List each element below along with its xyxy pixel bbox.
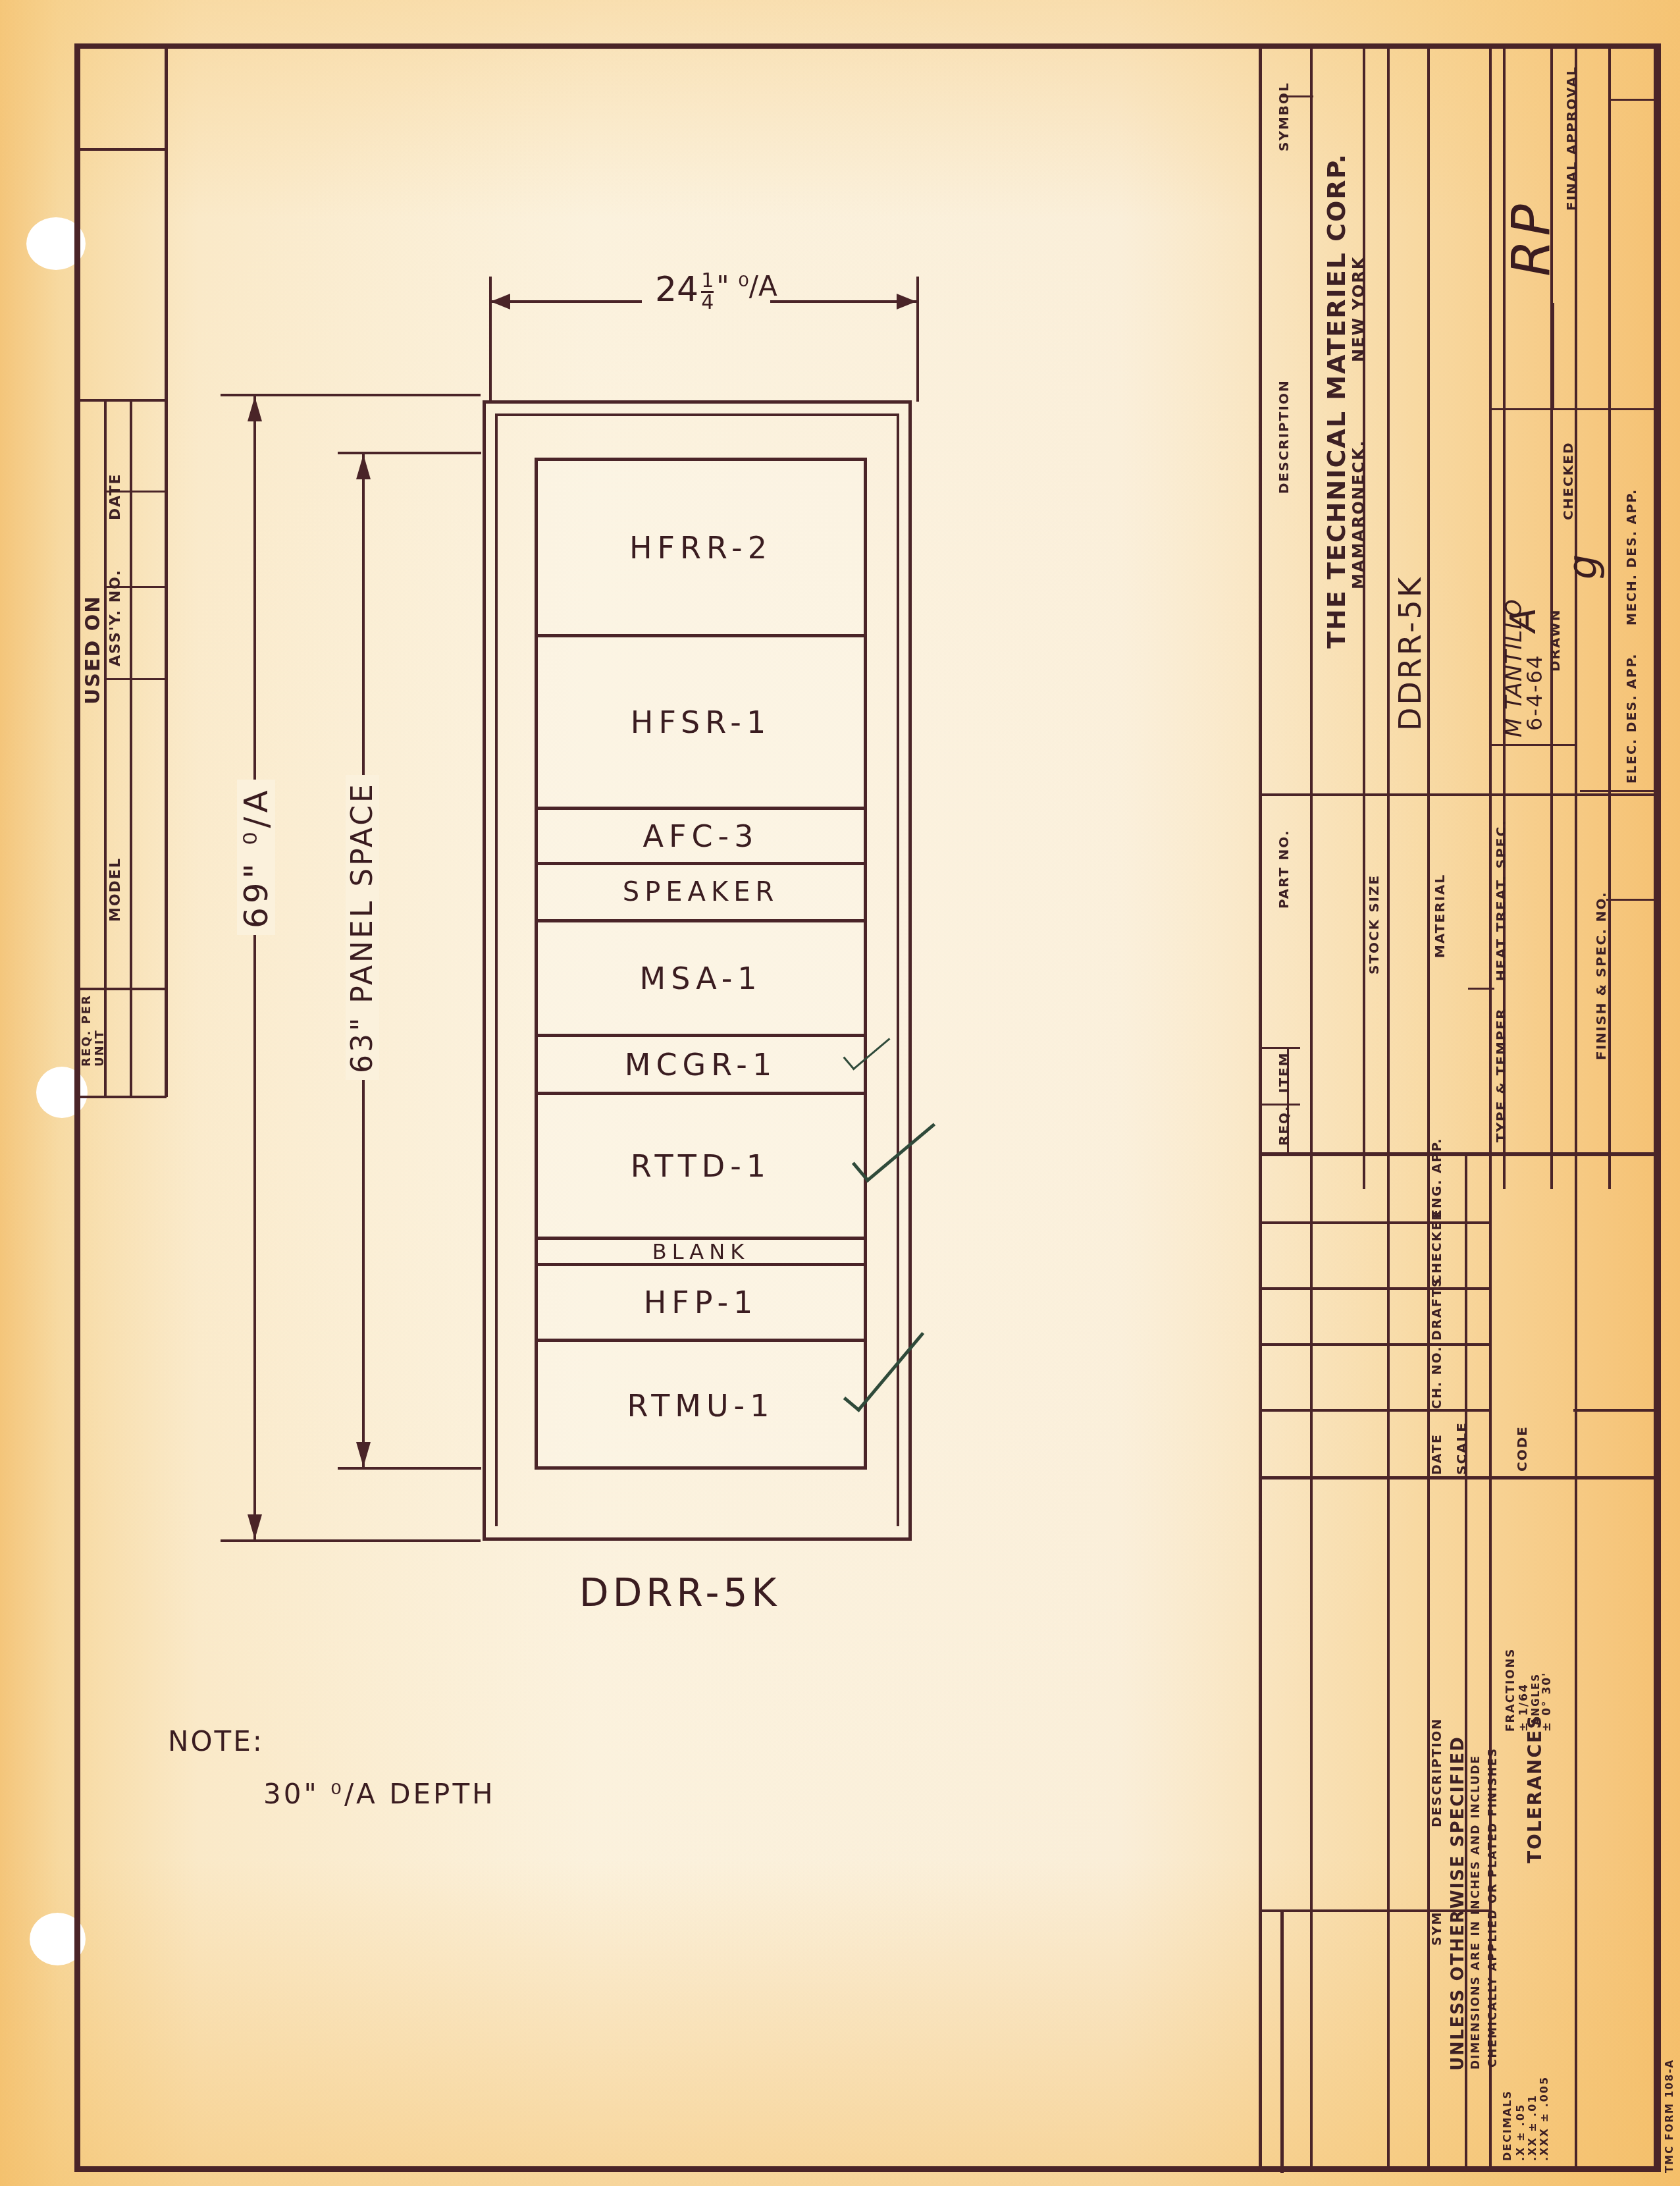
finish-spec-label: FINISH & SPEC. NO. <box>1593 891 1609 1060</box>
checked-initials: g <box>1560 550 1606 579</box>
overall-height-label: 69" ⁰/A <box>237 780 275 935</box>
rev-checker-label: CHECKER <box>1430 1210 1444 1284</box>
panel-hfrr-2: HFRR-2 <box>538 461 864 637</box>
elec-des-app-label: ELEC. DES. APP. <box>1625 653 1639 784</box>
panel-stack: HFRR-2 HFSR-1 AFC-3 SPEAKER MSA-1 MCGR-1… <box>535 458 867 1470</box>
part-no-label: PART NO. <box>1276 830 1292 909</box>
code-label: CODE <box>1514 1426 1530 1472</box>
description-value: DDRR-5K <box>1392 575 1428 731</box>
sym-label: SYM <box>1430 1911 1444 1946</box>
req-label: REQ. <box>1276 1105 1292 1146</box>
decimals-label: DECIMALS <box>1501 2090 1513 2161</box>
scale-label: SCALE <box>1454 1422 1469 1475</box>
note-text: 30" ⁰/A DEPTH <box>263 1778 496 1810</box>
used-on-model-label: MODEL <box>107 857 124 922</box>
panel-blank: BLANK <box>538 1240 864 1266</box>
company-state: NEW YORK <box>1350 256 1368 362</box>
rev-ch-no-label: CH. NO. <box>1430 1345 1444 1409</box>
angles-value: ± 0° 30' <box>1540 1672 1554 1732</box>
unless-specified-text: UNLESS OTHERWISE SPECIFIED <box>1448 1736 1468 2071</box>
type-temper-label: TYPE & TEMPER <box>1493 1007 1509 1142</box>
panel-hfp-1: HFP-1 <box>538 1266 864 1342</box>
used-on-date-label: DATE <box>107 473 124 520</box>
used-on-heading: USED ON <box>82 595 105 705</box>
panel-afc-3: AFC-3 <box>538 810 864 865</box>
width-dimension-label: 2414" ⁰/A <box>655 270 777 313</box>
form-number: TMC FORM 108-A <box>1664 2059 1675 2173</box>
rev-drafts-label: DRAFTS <box>1430 1277 1444 1341</box>
finishes-note: CHEMICALLY APPLIED OR PLATED FINISHES <box>1486 1747 1500 2067</box>
symbol-label: SYMBOL <box>1276 82 1292 151</box>
panel-speaker: SPEAKER <box>538 865 864 922</box>
drawn-initials: A <box>1502 604 1544 632</box>
item-label: ITEM <box>1276 1052 1292 1093</box>
material-label: MATERIAL <box>1432 874 1448 958</box>
panel-rttd-1: RTTD-1 <box>538 1095 864 1240</box>
drawn-label: DRAWN <box>1547 609 1563 672</box>
rev-description-label: DESCRIPTION <box>1430 1718 1444 1827</box>
fractions-label: FRACTIONS <box>1504 1648 1517 1732</box>
tolerances-label: TOLERANCES <box>1524 1715 1546 1863</box>
drawn-date: 6-4-64 <box>1522 654 1547 731</box>
final-approval-initials: RP <box>1501 200 1562 277</box>
panel-space-label: 63" PANEL SPACE <box>346 775 379 1080</box>
panel-mcgr-1: MCGR-1 <box>538 1037 864 1095</box>
company-name: THE TECHNICAL MATERIEL CORP. <box>1322 153 1351 649</box>
description-label: DESCRIPTION <box>1276 379 1292 494</box>
note-heading: NOTE: <box>168 1725 264 1757</box>
decimal-tolerance-1: .X ± .05 <box>1514 2104 1527 2161</box>
decimal-tolerance-2: .XX ± .01 <box>1526 2094 1538 2161</box>
final-approval-label: FINAL APPROVAL <box>1563 66 1579 211</box>
heat-treat-label: HEAT TREAT. SPEC. <box>1493 819 1509 981</box>
stock-size-label: STOCK SIZE <box>1366 874 1382 974</box>
company-city: MAMARONECK. <box>1350 439 1368 589</box>
rev-date-label: DATE <box>1430 1433 1444 1475</box>
req-per-unit-label: REQ. PER UNIT <box>80 974 107 1067</box>
rev-eng-app-label: ENG. APP. <box>1430 1137 1444 1218</box>
panel-msa-1: MSA-1 <box>538 922 864 1037</box>
fractions-value: ± 1/64 <box>1517 1683 1531 1732</box>
decimal-tolerance-3: .XXX ± .005 <box>1538 2076 1550 2161</box>
mech-des-app-label: MECH. DES. APP. <box>1625 489 1639 626</box>
used-on-assy-label: ASS'Y. NO. <box>107 569 124 666</box>
panel-rtmu-1: RTMU-1 <box>538 1342 864 1470</box>
drawing-title: DDRR-5K <box>579 1570 780 1615</box>
panel-hfsr-1: HFSR-1 <box>538 637 864 810</box>
checked-label: CHECKED <box>1560 441 1576 520</box>
dimensions-note: DIMENSIONS ARE IN INCHES AND INCLUDE <box>1469 1755 1483 2069</box>
